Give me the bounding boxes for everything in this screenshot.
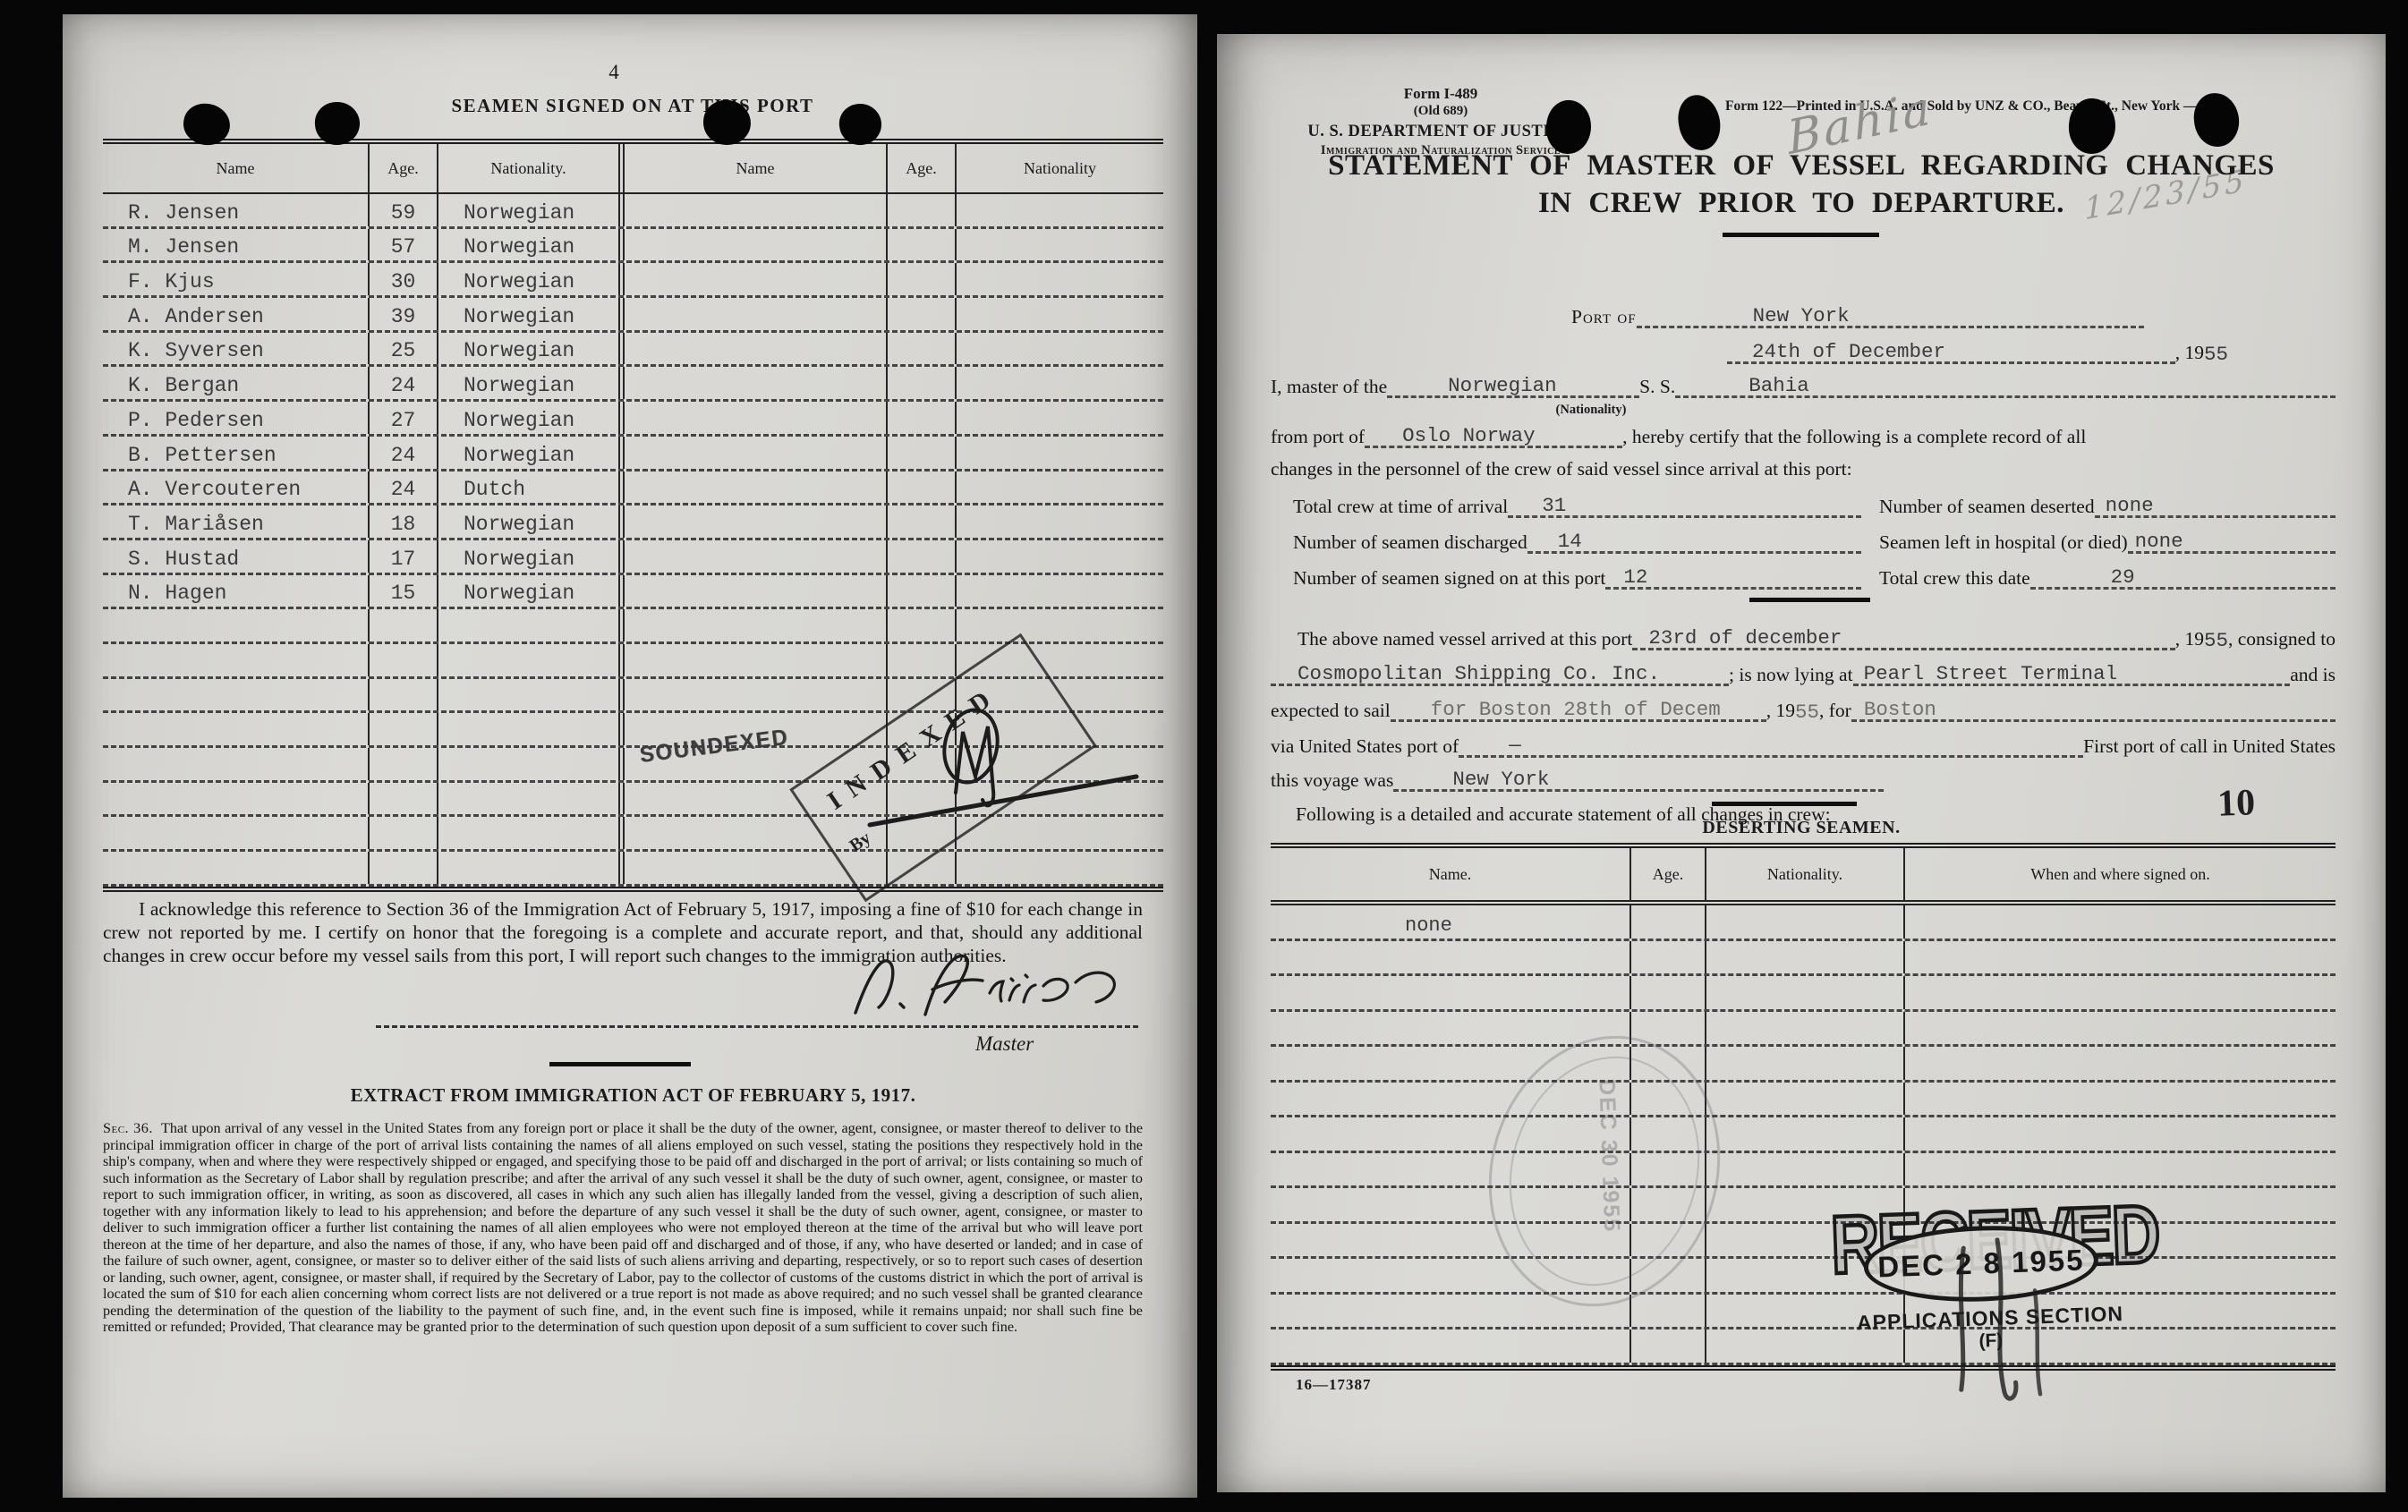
lying-value: Pearl Street Terminal	[1864, 662, 2118, 685]
table-cell	[957, 367, 1163, 399]
table-cell	[625, 644, 888, 676]
table-cell	[888, 609, 957, 641]
table-cell	[438, 783, 625, 815]
hospital-field: none	[2128, 528, 2336, 554]
table-cell	[625, 679, 888, 711]
table-cell: K. Bergan	[103, 367, 370, 399]
signed-on-label: Number of seamen signed on at this port	[1293, 567, 1605, 590]
column-header-name: Name.	[1271, 848, 1631, 900]
record-line-text: changes in the personnel of the crew of …	[1271, 458, 1852, 480]
table-cell	[1271, 1012, 1631, 1045]
port-label: Port of	[1571, 306, 1637, 328]
seamen-table-header: Name Age. Nationality. Name Age. Nationa…	[103, 144, 1163, 194]
deserting-empty-row	[1271, 1188, 2336, 1224]
table-cell	[957, 540, 1163, 573]
table-cell	[370, 609, 438, 641]
table-cell	[1905, 905, 2336, 939]
punch-hole	[1674, 91, 1724, 153]
table-cell	[957, 852, 1163, 884]
signed-on-field: 12	[1605, 564, 1861, 590]
table-cell	[625, 575, 888, 607]
table-cell	[957, 402, 1163, 434]
table-cell	[438, 713, 625, 745]
table-cell: 17	[370, 540, 438, 573]
received-stamp-initials-icon	[1910, 1208, 2114, 1412]
table-cell	[1271, 941, 1631, 974]
table-cell	[438, 679, 625, 711]
column-header-age: Age.	[1631, 848, 1706, 900]
table-cell: Norwegian	[438, 229, 625, 261]
vessel-value: Bahia	[1749, 374, 1809, 397]
arrival-line-5: this voyage was New York	[1271, 766, 2336, 792]
table-cell	[438, 644, 625, 676]
table-cell	[1706, 976, 1905, 1009]
from-port-label: from port of	[1271, 426, 1365, 448]
arrival-line-1: The above named vessel arrived at this p…	[1271, 624, 2336, 650]
table-cell	[103, 783, 370, 815]
seamen-row: K. Bergan24Norwegian	[103, 367, 1163, 402]
master-line-pre: I, master of the	[1271, 376, 1387, 398]
signature-line	[376, 997, 1138, 1028]
table-cell: Dutch	[438, 471, 625, 504]
arrival-pre: The above named vessel arrived at this p…	[1271, 628, 1632, 650]
from-port-post: , hereby certify that the following is a…	[1622, 426, 2086, 448]
title-underline	[1723, 233, 1879, 237]
port-line: Port of New York	[1571, 302, 2144, 328]
table-cell	[1271, 1329, 1631, 1363]
stats-divider-rule	[1749, 598, 1870, 602]
sail-for-label: , for	[1819, 700, 1851, 722]
table-cell	[888, 298, 957, 330]
table-cell	[625, 609, 888, 641]
table-cell	[370, 713, 438, 745]
deserting-empty-row	[1271, 1295, 2336, 1330]
table-cell: S. Hustad	[103, 540, 370, 573]
arrival-field: 31	[1508, 492, 1861, 518]
table-cell	[1905, 1153, 2336, 1186]
deserting-table-header: Name. Age. Nationality. When and where s…	[1271, 848, 2336, 905]
table-cell	[103, 679, 370, 711]
table-cell	[370, 852, 438, 884]
port-field: New York	[1637, 302, 2144, 328]
form-number: Form I-489	[1271, 84, 1611, 103]
table-cell	[370, 644, 438, 676]
via-value: —	[1509, 734, 1521, 757]
deserting-empty-row	[1271, 1012, 2336, 1048]
table-cell: P. Pedersen	[103, 402, 370, 434]
deserting-row: none	[1271, 905, 2336, 941]
nationality-field: Norwegian	[1387, 372, 1639, 398]
statement-title: STATEMENT OF MASTER OF VESSEL REGARDING …	[1244, 147, 2359, 222]
nationality-value: Norwegian	[1448, 374, 1557, 397]
table-cell	[438, 817, 625, 849]
stats-line-2: Number of seamen discharged 14 Seamen le…	[1293, 528, 2336, 554]
arrival-value: 31	[1542, 494, 1566, 517]
voyage-value: New York	[1452, 768, 1549, 791]
table-cell	[957, 471, 1163, 504]
column-header-name: Name	[103, 144, 370, 192]
arrival-date-field: 23rd of december	[1632, 624, 2174, 650]
seamen-row: P. Pedersen27Norwegian	[103, 402, 1163, 437]
seamen-row: M. Jensen57Norwegian	[103, 229, 1163, 264]
table-cell	[1631, 905, 1706, 939]
table-cell	[625, 194, 888, 226]
sail-year-prefix: , 19	[1766, 700, 1795, 722]
discharged-value: 14	[1558, 530, 1582, 553]
table-cell: T. Mariåsen	[103, 505, 370, 538]
column-header-when: When and where signed on.	[1905, 848, 2336, 900]
table-cell: 39	[370, 298, 438, 330]
table-cell: 15	[370, 575, 438, 607]
table-cell	[957, 333, 1163, 365]
sail-value: for Boston 28th of Decem	[1431, 698, 1721, 721]
deserting-heading: DESERTING SEAMEN.	[1244, 818, 2359, 838]
signed-on-value: 12	[1623, 565, 1647, 589]
table-cell	[103, 852, 370, 884]
table-cell: 27	[370, 402, 438, 434]
deserting-empty-row	[1271, 1117, 2336, 1153]
table-cell	[888, 333, 957, 365]
table-cell: Norwegian	[438, 505, 625, 538]
port-value: New York	[1753, 304, 1850, 327]
sail-label: expected to sail	[1271, 700, 1391, 722]
table-cell	[957, 263, 1163, 295]
via-label: via United States port of	[1271, 735, 1459, 758]
table-cell	[103, 713, 370, 745]
table-cell: Norwegian	[438, 540, 625, 573]
table-cell	[1905, 941, 2336, 974]
table-cell: none	[1271, 905, 1631, 939]
table-cell	[1706, 941, 1905, 974]
table-cell: M. Jensen	[103, 229, 370, 261]
arrival-label: Total crew at time of arrival	[1293, 496, 1508, 518]
master-line: I, master of the Norwegian S. S. Bahia	[1271, 372, 2336, 398]
extract-section-label: Sec. 36.	[103, 1120, 153, 1136]
column-header-nationality: Nationality.	[438, 144, 625, 192]
table-cell	[888, 229, 957, 261]
table-cell	[888, 644, 957, 676]
table-cell	[1905, 1083, 2336, 1116]
table-cell	[625, 367, 888, 399]
column-header-name2: Name	[625, 144, 888, 192]
deserted-label: Number of seamen deserted	[1879, 496, 2095, 518]
table-cell	[1706, 1083, 1905, 1116]
table-cell: F. Kjus	[103, 263, 370, 295]
received-stamp: RECEIVED DEC 2 8 1955 APPLICATIONS SECTI…	[1829, 1188, 2157, 1396]
table-cell	[888, 575, 957, 607]
table-cell	[103, 817, 370, 849]
table-cell	[888, 263, 957, 295]
column-header-age: Age.	[370, 144, 438, 192]
table-cell	[888, 471, 957, 504]
table-cell: Norwegian	[438, 333, 625, 365]
sail-field: for Boston 28th of Decem	[1391, 696, 1766, 722]
table-cell: Norwegian	[438, 367, 625, 399]
voyage-label: this voyage was	[1271, 769, 1393, 792]
nationality-caption: (Nationality)	[1502, 403, 1680, 418]
date-year-prefix: , 19	[2175, 342, 2204, 364]
extract-body: That upon arrival of any vessel in the U…	[103, 1120, 1143, 1335]
table-cell: Norwegian	[438, 437, 625, 469]
seamen-row: K. Syversen25Norwegian	[103, 333, 1163, 368]
table-cell	[370, 817, 438, 849]
table-cell	[370, 679, 438, 711]
deserting-empty-row	[1271, 941, 2336, 977]
arrival-line-3: expected to sail for Boston 28th of Dece…	[1271, 696, 2336, 722]
deserting-empty-row	[1271, 1259, 2336, 1295]
table-cell	[103, 609, 370, 641]
table-cell	[888, 402, 957, 434]
from-port-field: Oslo Norway	[1365, 422, 1622, 448]
table-cell	[1905, 1012, 2336, 1045]
table-cell: N. Hagen	[103, 575, 370, 607]
table-cell	[957, 298, 1163, 330]
table-cell	[1905, 1117, 2336, 1151]
date-value: 24th of December	[1752, 340, 1945, 363]
voyage-field: New York	[1393, 766, 1884, 792]
table-cell	[957, 575, 1163, 607]
deserted-field: none	[2095, 492, 2336, 518]
table-cell	[957, 505, 1163, 538]
table-cell: R. Jensen	[103, 194, 370, 226]
column-header-age2: Age.	[888, 144, 957, 192]
total-crew-label: Total crew this date	[1879, 567, 2030, 590]
seamen-empty-row	[103, 609, 1163, 644]
table-cell	[438, 748, 625, 780]
table-cell	[438, 609, 625, 641]
discharged-field: 14	[1527, 528, 1861, 554]
left-page: 4 SEAMEN SIGNED ON AT THIS PORT Name Age…	[63, 14, 1197, 1498]
statement-title-line2: IN CREW PRIOR TO DEPARTURE.	[1244, 184, 2359, 222]
table-cell	[1706, 1047, 1905, 1080]
lying-post: and is	[2290, 664, 2336, 686]
table-cell	[1631, 941, 1706, 974]
deserting-empty-row	[1271, 1329, 2336, 1365]
table-cell	[625, 229, 888, 261]
deserting-empty-row	[1271, 1224, 2336, 1260]
sail-for-value: Boston	[1864, 698, 1936, 721]
seamen-row: A. Vercouteren24Dutch	[103, 471, 1163, 506]
table-cell	[957, 229, 1163, 261]
arrival-year-prefix: , 19	[2175, 628, 2204, 650]
sail-for-field: Boston	[1851, 696, 2336, 722]
stats-line-1: Total crew at time of arrival 31 Number …	[1293, 492, 2336, 518]
seamen-row: F. Kjus30Norwegian	[103, 263, 1163, 298]
table-cell: Norwegian	[438, 194, 625, 226]
table-cell	[1706, 1012, 1905, 1045]
arrival-date-value: 23rd of december	[1648, 626, 1842, 650]
sail-year-value: 55	[1795, 701, 1819, 724]
deserted-value: none	[2106, 494, 2154, 517]
table-cell: 59	[370, 194, 438, 226]
deserting-empty-row	[1271, 1083, 2336, 1118]
table-cell	[625, 263, 888, 295]
table-cell	[1905, 1047, 2336, 1080]
table-cell: 24	[370, 437, 438, 469]
table-cell	[1905, 976, 2336, 1009]
table-cell	[888, 540, 957, 573]
table-cell: 24	[370, 367, 438, 399]
table-cell	[957, 609, 1163, 641]
date-line: 24th of December , 19 55	[1727, 338, 2228, 364]
table-cell	[103, 748, 370, 780]
scanned-document: 4 SEAMEN SIGNED ON AT THIS PORT Name Age…	[0, 0, 2408, 1512]
table-cell: B. Pettersen	[103, 437, 370, 469]
seamen-row: N. Hagen15Norwegian	[103, 575, 1163, 610]
column-header-nationality2: Nationality	[957, 144, 1163, 192]
table-cell	[888, 437, 957, 469]
table-cell: 24	[370, 471, 438, 504]
seamen-row: A. Andersen39Norwegian	[103, 298, 1163, 333]
deserting-empty-row	[1271, 1153, 2336, 1189]
table-cell	[370, 783, 438, 815]
table-cell	[888, 505, 957, 538]
table-cell: 25	[370, 333, 438, 365]
table-cell	[888, 194, 957, 226]
via-post: First port of call in United States	[2083, 735, 2336, 758]
seamen-empty-row	[103, 852, 1163, 887]
deserting-table: Name. Age. Nationality. When and where s…	[1271, 843, 2336, 1371]
table-cell	[370, 748, 438, 780]
ss-label: S. S.	[1639, 376, 1675, 398]
table-cell	[625, 540, 888, 573]
table-cell	[625, 298, 888, 330]
extract-heading: EXTRACT FROM IMMIGRATION ACT OF FEBRUARY…	[103, 1084, 1163, 1107]
table-cell	[1706, 1153, 1905, 1186]
discharged-label: Number of seamen discharged	[1293, 531, 1527, 554]
table-cell: A. Andersen	[103, 298, 370, 330]
table-cell	[103, 644, 370, 676]
deserting-empty-row	[1271, 976, 2336, 1012]
master-label: Master	[975, 1032, 1034, 1056]
right-page: Form I-489 (Old 689) U. S. DEPARTMENT OF…	[1217, 34, 2386, 1492]
table-cell	[1706, 1117, 1905, 1151]
date-year-value: 55	[2204, 343, 2228, 366]
table-cell: Norwegian	[438, 263, 625, 295]
table-cell: Norwegian	[438, 575, 625, 607]
page-number: 4	[587, 61, 641, 84]
arrival-year-value: 55	[2204, 629, 2228, 652]
table-cell	[957, 437, 1163, 469]
from-port-line: from port of Oslo Norway , hereby certif…	[1271, 422, 2336, 448]
seamen-row: B. Pettersen24Norwegian	[103, 437, 1163, 471]
via-field: —	[1459, 732, 2083, 758]
table-cell: Norwegian	[438, 402, 625, 434]
deserting-empty-row	[1271, 1047, 2336, 1083]
seamen-row: S. Hustad17Norwegian	[103, 540, 1163, 575]
table-cell	[1631, 976, 1706, 1009]
from-port-value: Oslo Norway	[1402, 424, 1536, 447]
table-cell	[438, 852, 625, 884]
table-cell	[625, 437, 888, 469]
table-cell	[625, 505, 888, 538]
table-cell: 30	[370, 263, 438, 295]
stats-line-3: Number of seamen signed on at this port …	[1293, 564, 2336, 590]
deserting-table-rows: none	[1271, 905, 2336, 1365]
extract-paragraph: Sec. 36. That upon arrival of any vessel…	[103, 1120, 1143, 1336]
seamen-row: R. Jensen59Norwegian	[103, 194, 1163, 229]
consignee-value: Cosmopolitan Shipping Co. Inc.	[1298, 662, 1660, 685]
table-cell	[625, 471, 888, 504]
date-field: 24th of December	[1727, 338, 2175, 364]
section-divider-rule	[549, 1062, 691, 1066]
total-crew-field: 29	[2030, 564, 2336, 590]
footer-number: 16—17387	[1296, 1376, 1372, 1394]
seamen-row: T. Mariåsen18Norwegian	[103, 505, 1163, 540]
table-cell: 57	[370, 229, 438, 261]
arrival-post: , consigned to	[2228, 628, 2336, 650]
arrival-line-2: Cosmopolitan Shipping Co. Inc. ; is now …	[1271, 660, 2336, 686]
total-crew-value: 29	[2111, 565, 2135, 589]
statement-title-line1: STATEMENT OF MASTER OF VESSEL REGARDING …	[1244, 147, 2359, 184]
table-cell	[1706, 905, 1905, 939]
indexed-monogram-icon	[850, 694, 1172, 855]
table-cell: 18	[370, 505, 438, 538]
record-line: changes in the personnel of the crew of …	[1271, 458, 2336, 480]
table-cell	[1631, 1329, 1706, 1363]
lying-field: Pearl Street Terminal	[1853, 660, 2291, 686]
table-cell	[1271, 976, 1631, 1009]
table-cell: K. Syversen	[103, 333, 370, 365]
lying-pre: ; is now lying at	[1729, 664, 1853, 686]
table-cell	[888, 367, 957, 399]
table-cell	[625, 402, 888, 434]
table-cell	[625, 333, 888, 365]
table-cell: Norwegian	[438, 298, 625, 330]
hospital-value: none	[2135, 530, 2183, 553]
arrival-line-4: via United States port of — First port o…	[1271, 732, 2336, 758]
table-cell: A. Vercouteren	[103, 471, 370, 504]
table-cell	[1631, 1295, 1706, 1328]
column-header-nationality: Nationality.	[1706, 848, 1905, 900]
vessel-field: Bahia	[1675, 372, 2336, 398]
hospital-label: Seamen left in hospital (or died)	[1879, 531, 2128, 554]
consignee-field: Cosmopolitan Shipping Co. Inc.	[1271, 660, 1729, 686]
table-cell	[957, 194, 1163, 226]
